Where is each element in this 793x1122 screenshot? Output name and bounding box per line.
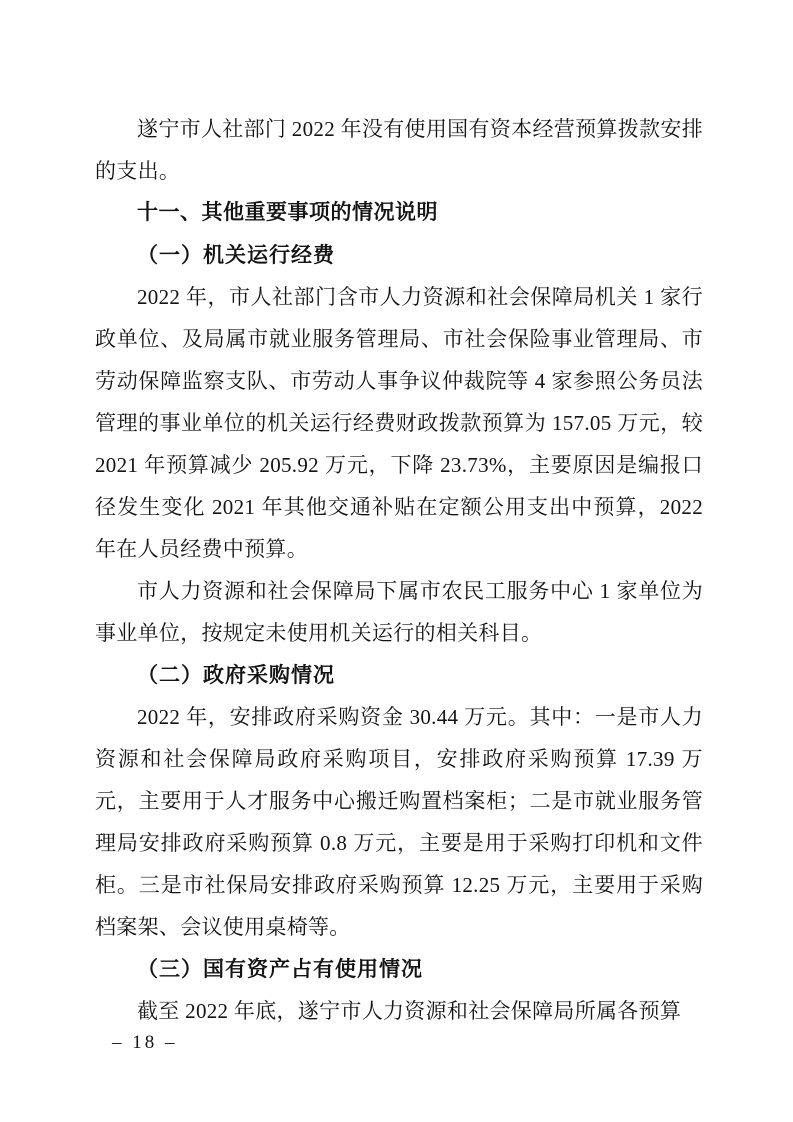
- subsection-heading-agency-operating-funds: （一）机关运行经费: [95, 234, 703, 276]
- paragraph-agency-operating-funds-detail: 2022 年，市人社部门含市人力资源和社会保障局机关 1 家行政单位、及局属市就…: [95, 276, 703, 570]
- subsection-heading-state-asset-usage: （三）国有资产占有使用情况: [95, 948, 703, 990]
- paragraph-no-state-capital-budget: 遂宁市人社部门 2022 年没有使用国有资本经营预算拨款安排的支出。: [95, 108, 703, 192]
- paragraph-government-procurement-detail: 2022 年，安排政府采购资金 30.44 万元。其中：一是市人力资源和社会保障…: [95, 696, 703, 948]
- document-page: 遂宁市人社部门 2022 年没有使用国有资本经营预算拨款安排的支出。 十一、其他…: [0, 0, 793, 1122]
- paragraph-migrant-worker-service-center: 市人力资源和社会保障局下属市农民工服务中心 1 家单位为事业单位，按规定未使用机…: [95, 570, 703, 654]
- subsection-heading-government-procurement: （二）政府采购情况: [95, 654, 703, 696]
- paragraph-state-asset-usage-intro: 截至 2022 年底，遂宁市人力资源和社会保障局所属各预算: [95, 990, 703, 1032]
- section-heading-other-important-matters: 十一、其他重要事项的情况说明: [95, 192, 703, 234]
- document-body: 遂宁市人社部门 2022 年没有使用国有资本经营预算拨款安排的支出。 十一、其他…: [95, 108, 703, 1032]
- page-number: – 18 –: [112, 1031, 178, 1055]
